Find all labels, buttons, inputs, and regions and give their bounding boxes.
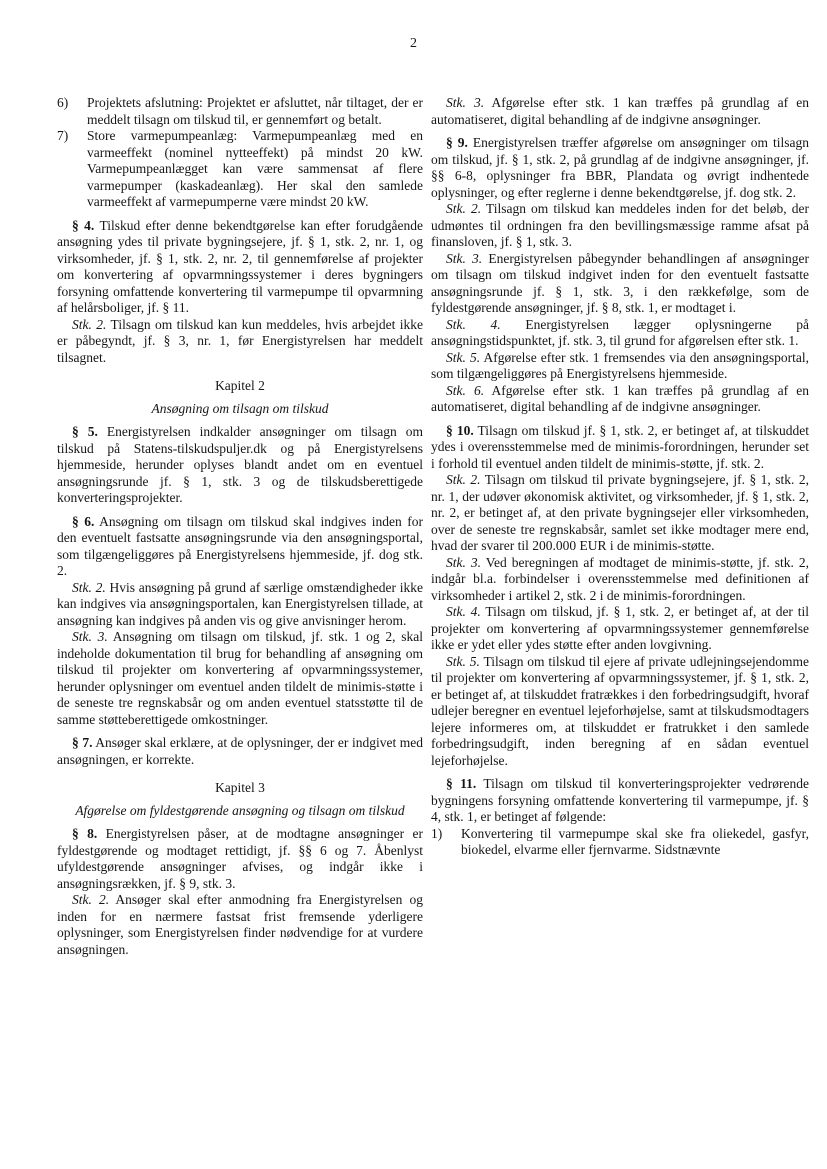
right-column: Stk. 3. Afgørelse efter stk. 1 kan træff…	[431, 95, 809, 958]
stk-number: Stk. 2.	[446, 472, 480, 487]
list-item-text: Konvertering til varmepumpe skal ske fra…	[461, 826, 809, 859]
section-number: § 10.	[446, 423, 474, 438]
paragraph-text: Tilsagn om tilskud kan kun meddeles, hvi…	[57, 317, 423, 365]
paragraph-text: Tilsagn om tilskud jf. § 1, stk. 2, er b…	[431, 423, 809, 471]
paragraph-text: Ansøger skal efter anmodning fra Energis…	[57, 892, 423, 957]
stk-paragraph: Stk. 2. Hvis ansøgning på grund af særli…	[57, 580, 423, 630]
stk-number: Stk. 2.	[72, 317, 106, 332]
chapter-title: Afgørelse om fyldestgørende ansøgning og…	[57, 803, 423, 820]
section-paragraph: § 9. Energistyrelsen træffer afgørelse o…	[431, 135, 809, 201]
stk-number: Stk. 6.	[446, 383, 484, 398]
page-number: 2	[0, 36, 827, 52]
stk-paragraph: Stk. 3. Energistyrelsen påbegynder behan…	[431, 251, 809, 317]
stk-paragraph: Stk. 2. Tilsagn om tilskud kan meddeles …	[431, 201, 809, 251]
list-item-text: Store varmepumpeanlæg: Varmepumpeanlæg m…	[87, 128, 423, 211]
section-paragraph: § 7. Ansøger skal erklære, at de oplysni…	[57, 735, 423, 768]
stk-paragraph: Stk. 2. Tilsagn om tilskud kan kun medde…	[57, 317, 423, 367]
list-item-number: 1)	[431, 826, 461, 859]
section-number: § 9.	[446, 135, 468, 150]
stk-number: Stk. 2.	[72, 580, 106, 595]
stk-number: Stk. 5.	[446, 654, 480, 669]
paragraph-text: Ansøgning om tilsagn om tilskud skal ind…	[57, 514, 423, 579]
section-number: § 5.	[72, 424, 98, 439]
stk-paragraph: Stk. 3. Afgørelse efter stk. 1 kan træff…	[431, 95, 809, 128]
section-paragraph: § 11. Tilsagn om tilskud til konverterin…	[431, 776, 809, 826]
paragraph-text: Energistyrelsen påser, at de modtagne an…	[57, 826, 423, 891]
paragraph-text: Energistyrelsen træffer afgørelse om ans…	[431, 135, 809, 200]
stk-paragraph: Stk. 3. Ansøgning om tilsagn om tilskud,…	[57, 629, 423, 728]
paragraph-text: Afgørelse efter stk. 1 kan træffes på gr…	[431, 95, 809, 127]
paragraph-text: Tilsagn om tilskud til konverteringsproj…	[431, 776, 809, 824]
paragraph-text: Hvis ansøgning på grund af særlige omstæ…	[57, 580, 423, 628]
list-item: 1) Konvertering til varmepumpe skal ske …	[431, 826, 809, 859]
stk-number: Stk. 2.	[446, 201, 481, 216]
stk-number: Stk. 4.	[446, 317, 501, 332]
paragraph-text: Tilsagn om tilskud til ejere af private …	[431, 654, 809, 768]
section-number: § 8.	[72, 826, 97, 841]
stk-paragraph: Stk. 2. Tilsagn om tilskud til private b…	[431, 472, 809, 555]
chapter-title: Ansøgning om tilsagn om tilskud	[57, 401, 423, 418]
paragraph-text: Afgørelse efter stk. 1 kan træffes på gr…	[431, 383, 809, 415]
left-column: 6) Projektets afslutning: Projektet er a…	[57, 95, 423, 958]
paragraph-text: Ved beregningen af modtaget de minimis-s…	[431, 555, 809, 603]
section-paragraph: § 8. Energistyrelsen påser, at de modtag…	[57, 826, 423, 892]
stk-number: Stk. 2.	[72, 892, 109, 907]
paragraph-text: Tilsagn om tilskud kan meddeles inden fo…	[431, 201, 809, 249]
list-item-number: 6)	[57, 95, 87, 128]
stk-paragraph: Stk. 5. Afgørelse efter stk. 1 fremsende…	[431, 350, 809, 383]
paragraph-text: Ansøgning om tilsagn om tilskud, jf. stk…	[57, 629, 423, 727]
chapter-number: Kapitel 3	[57, 780, 423, 797]
stk-paragraph: Stk. 6. Afgørelse efter stk. 1 kan træff…	[431, 383, 809, 416]
paragraph-text: Ansøger skal erklære, at de oplysninger,…	[57, 735, 423, 767]
section-number: § 7.	[72, 735, 92, 750]
stk-number: Stk. 3.	[446, 95, 484, 110]
list-item: 6) Projektets afslutning: Projektet er a…	[57, 95, 423, 128]
section-paragraph: § 4. Tilskud efter denne bekendtgørelse …	[57, 218, 423, 317]
stk-paragraph: Stk. 5. Tilsagn om tilskud til ejere af …	[431, 654, 809, 770]
section-number: § 6.	[72, 514, 94, 529]
paragraph-text: Afgørelse efter stk. 1 fremsendes via de…	[431, 350, 809, 382]
document-page: 2 6) Projektets afslutning: Projektet er…	[0, 0, 827, 1169]
stk-number: Stk. 4.	[446, 604, 481, 619]
stk-number: Stk. 3.	[446, 555, 481, 570]
chapter-number: Kapitel 2	[57, 378, 423, 395]
section-paragraph: § 6. Ansøgning om tilsagn om tilskud ska…	[57, 514, 423, 580]
stk-paragraph: Stk. 2. Ansøger skal efter anmodning fra…	[57, 892, 423, 958]
stk-number: Stk. 5.	[446, 350, 480, 365]
paragraph-text: Tilsagn om tilskud, jf. § 1, stk. 2, er …	[431, 604, 809, 652]
stk-paragraph: Stk. 3. Ved beregningen af modtaget de m…	[431, 555, 809, 605]
list-item: 7) Store varmepumpeanlæg: Varmepumpeanlæ…	[57, 128, 423, 211]
paragraph-text: Energistyrelsen indkalder ansøgninger om…	[57, 424, 423, 505]
stk-paragraph: Stk. 4. Tilsagn om tilskud, jf. § 1, stk…	[431, 604, 809, 654]
list-item-text: Projektets afslutning: Projektet er afsl…	[87, 95, 423, 128]
stk-paragraph: Stk. 4. Energistyrelsen lægger oplysning…	[431, 317, 809, 350]
paragraph-text: Tilskud efter denne bekendtgørelse kan e…	[57, 218, 423, 316]
section-paragraph: § 5. Energistyrelsen indkalder ansøgning…	[57, 424, 423, 507]
two-column-layout: 6) Projektets afslutning: Projektet er a…	[57, 95, 809, 958]
stk-number: Stk. 3.	[446, 251, 482, 266]
list-item-number: 7)	[57, 128, 87, 211]
stk-number: Stk. 3.	[72, 629, 108, 644]
paragraph-text: Tilsagn om tilskud til private bygningse…	[431, 472, 809, 553]
section-number: § 4.	[72, 218, 94, 233]
section-number: § 11.	[446, 776, 476, 791]
section-paragraph: § 10. Tilsagn om tilskud jf. § 1, stk. 2…	[431, 423, 809, 473]
paragraph-text: Energistyrelsen påbegynder behandlingen …	[431, 251, 809, 316]
